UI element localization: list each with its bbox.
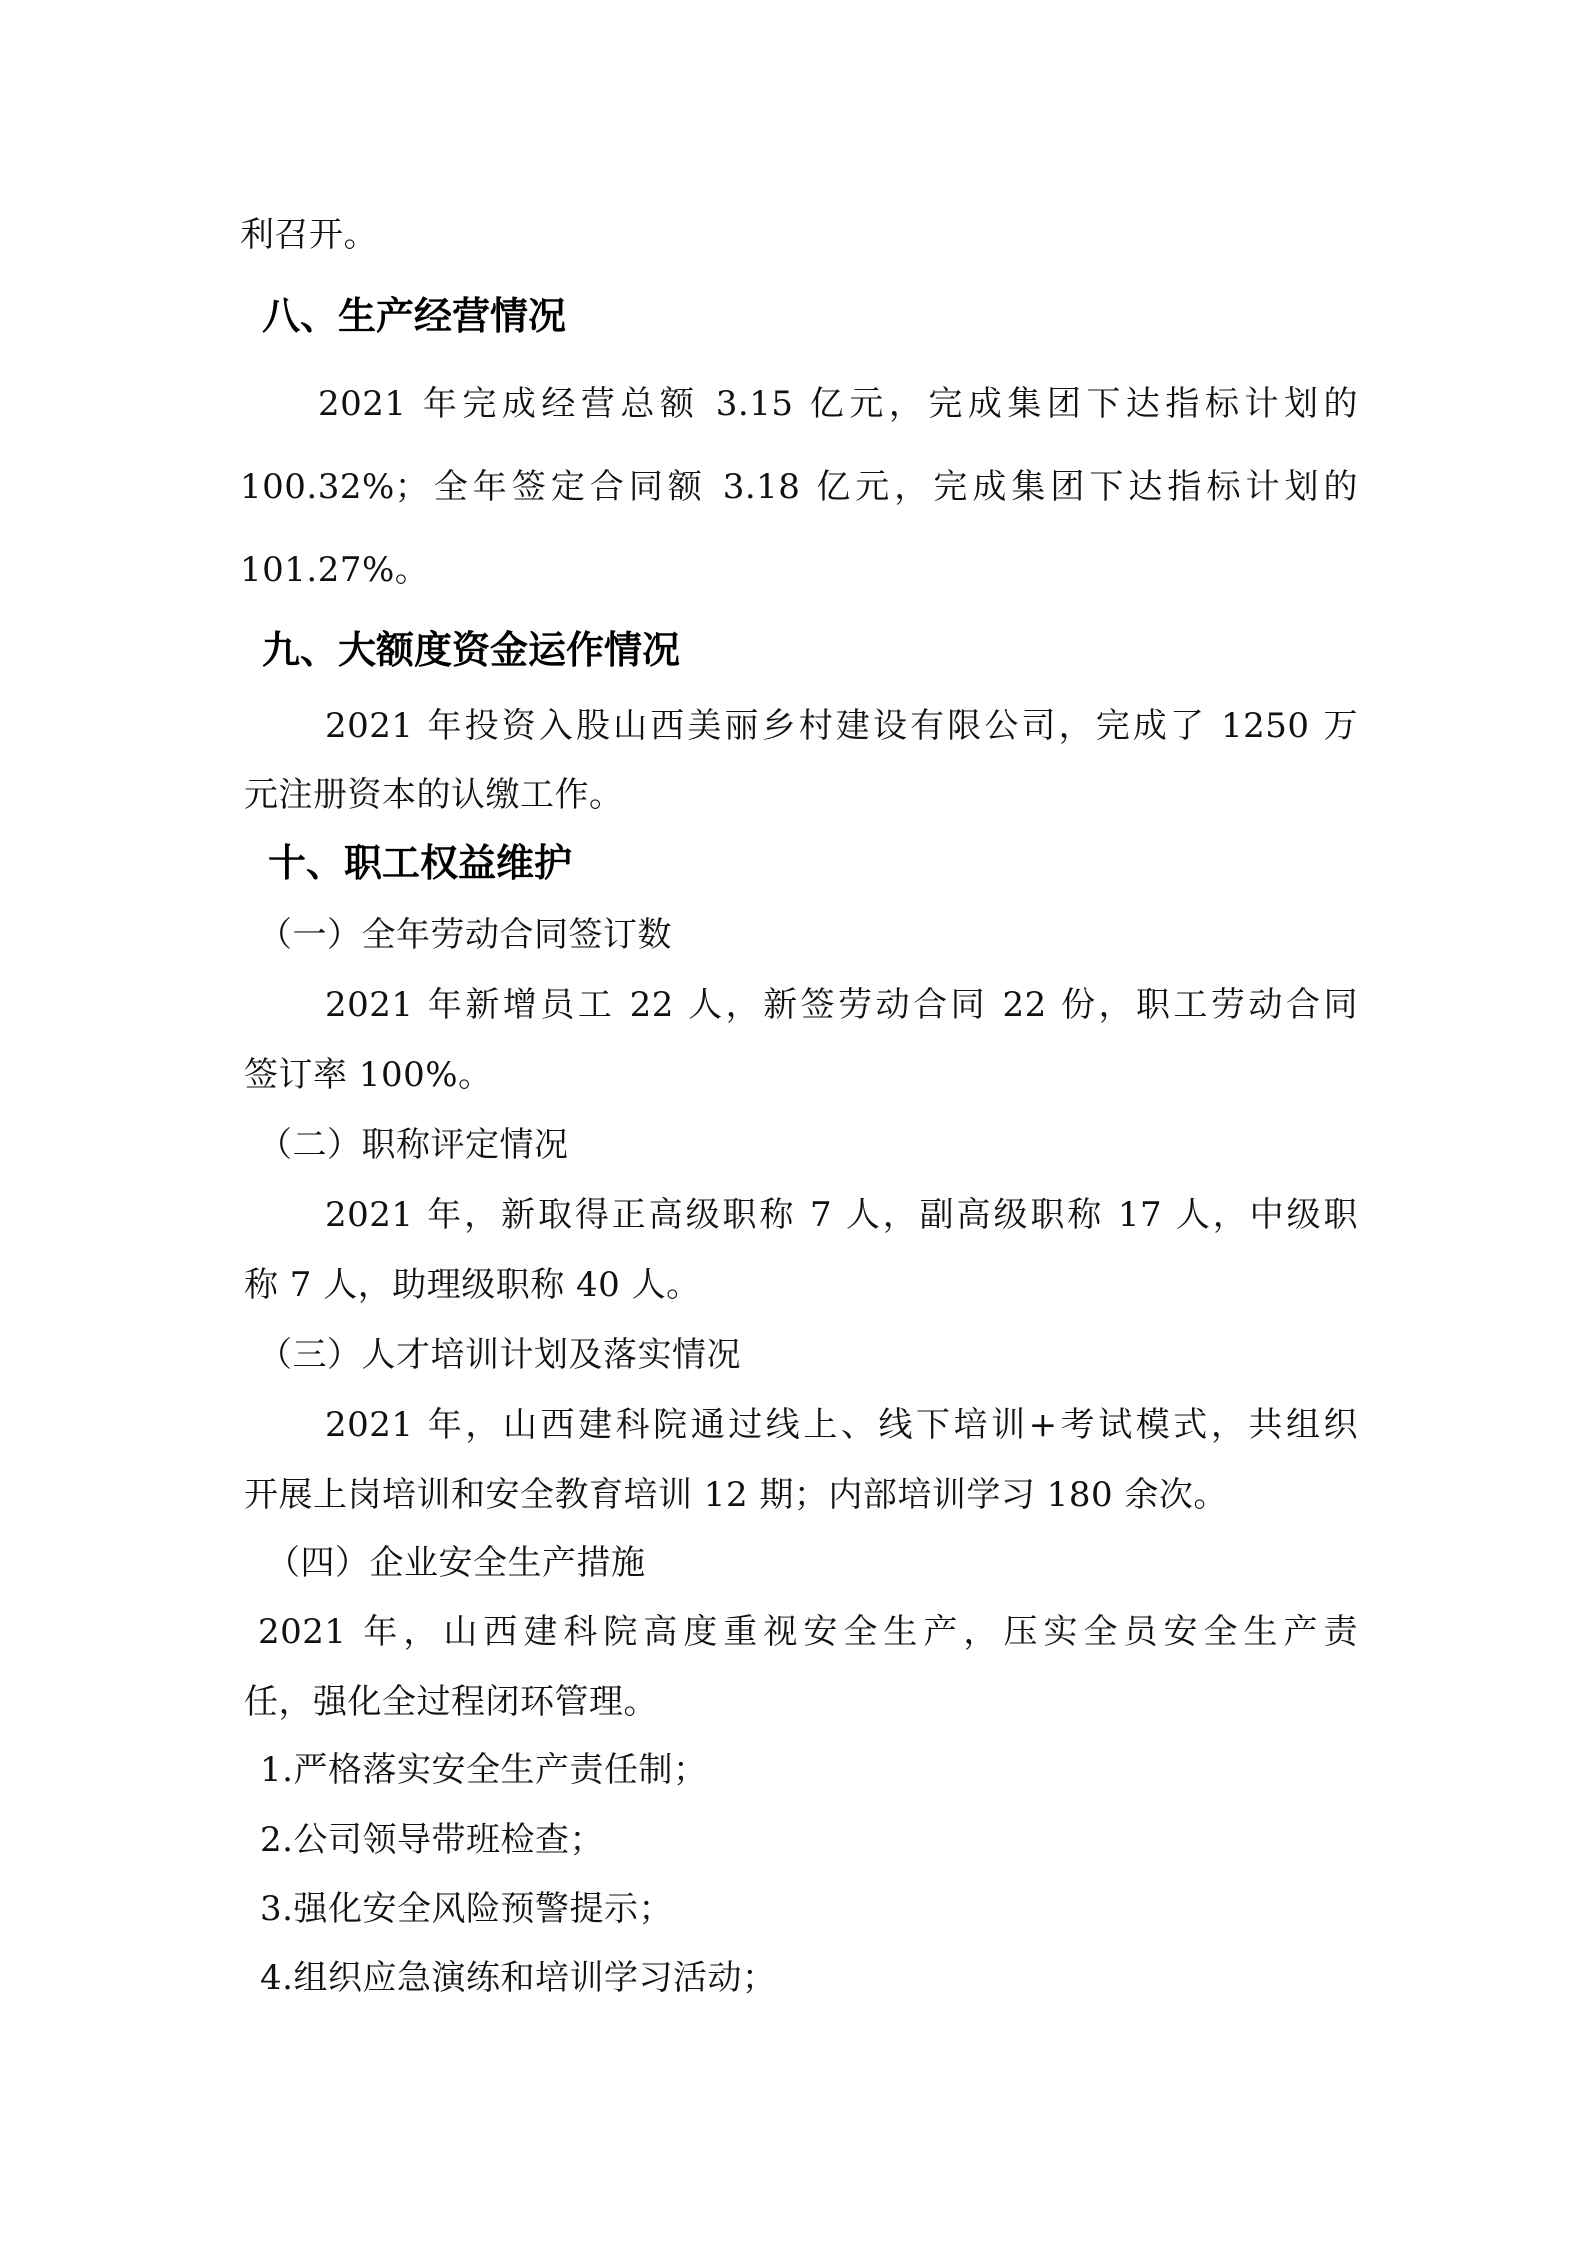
paragraph-line: 2021 年，山西建科院通过线上、线下培训+考试模式，共组织: [325, 1405, 1358, 1445]
list-item: 3.强化安全风险预警提示；: [260, 1889, 673, 1929]
subsection-title-2: （二）职称评定情况: [258, 1125, 569, 1165]
subsection-title-1: （一）全年劳动合同签订数: [258, 915, 672, 955]
subsection-title-3: （三）人才培训计划及落实情况: [258, 1335, 741, 1375]
paragraph-line: 开展上岗培训和安全教育培训 12 期；内部培训学习 180 余次。: [244, 1475, 1228, 1515]
list-item: 2.公司领导带班检查；: [260, 1820, 604, 1860]
section-heading-8: 八、生产经营情况: [262, 293, 566, 339]
subsection-title-4: （四）企业安全生产措施: [266, 1543, 646, 1583]
paragraph-line: 2021 年，山西建科院高度重视安全生产，压实全员安全生产责: [258, 1612, 1358, 1652]
paragraph-line: 任，强化全过程闭环管理。: [244, 1682, 658, 1722]
paragraph-line: 签订率 100%。: [244, 1055, 493, 1095]
paragraph-line: 2021 年完成经营总额 3.15 亿元，完成集团下达指标计划的: [318, 384, 1358, 424]
paragraph-line: 100.32%；全年签定合同额 3.18 亿元，完成集团下达指标计划的: [240, 467, 1358, 507]
section-heading-10: 十、职工权益维护: [268, 840, 572, 886]
paragraph-line: 称 7 人，助理级职称 40 人。: [244, 1265, 701, 1305]
paragraph-line: 2021 年，新取得正高级职称 7 人，副高级职称 17 人，中级职: [325, 1195, 1358, 1235]
list-item: 4.组织应急演练和培训学习活动；: [260, 1958, 776, 1998]
continuation-text: 利召开。: [240, 215, 378, 255]
list-item: 1.严格落实安全生产责任制；: [260, 1750, 707, 1790]
paragraph-line: 元注册资本的认缴工作。: [244, 775, 624, 815]
paragraph-line: 2021 年投资入股山西美丽乡村建设有限公司，完成了 1250 万: [325, 706, 1358, 746]
section-heading-9: 九、大额度资金运作情况: [262, 627, 680, 673]
document-page: 利召开。 八、生产经营情况 2021 年完成经营总额 3.15 亿元，完成集团下…: [0, 0, 1587, 2245]
paragraph-line: 2021 年新增员工 22 人，新签劳动合同 22 份，职工劳动合同: [325, 985, 1358, 1025]
paragraph-line: 101.27%。: [240, 550, 429, 590]
